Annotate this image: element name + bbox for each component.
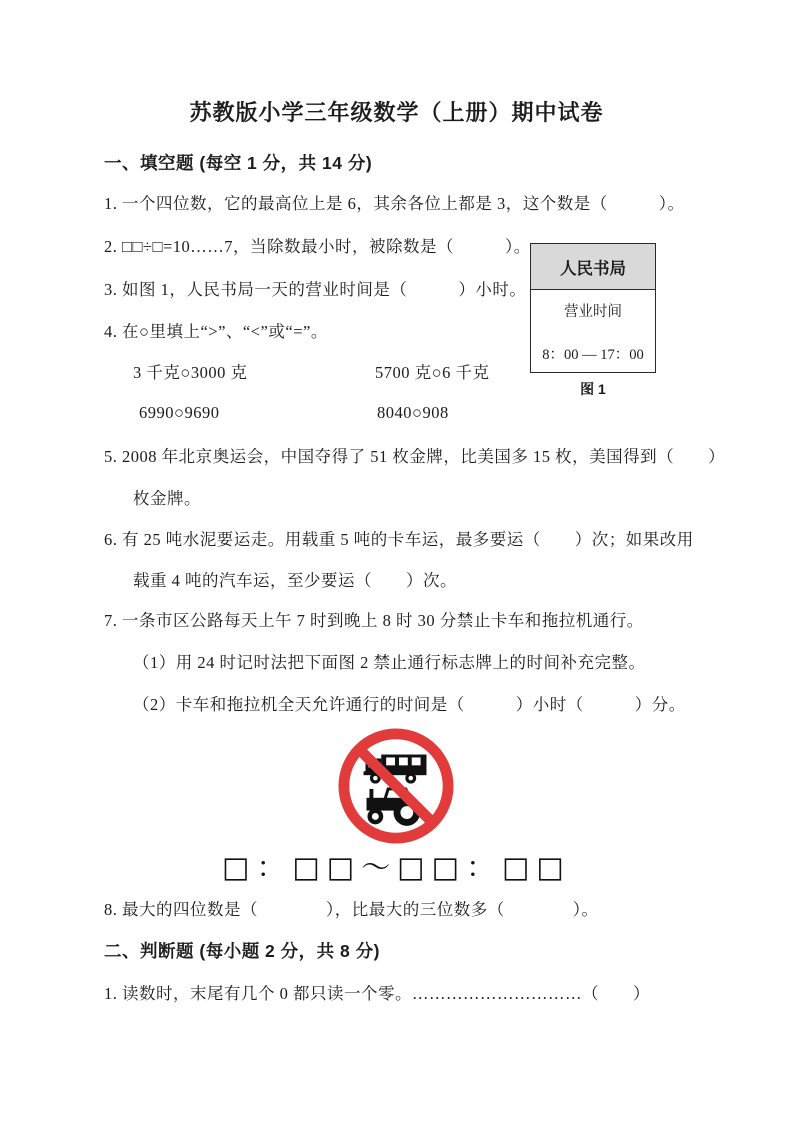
question-1: 1. 一个四位数，它的最高位上是 6，其余各位上都是 3，这个数是（ ）。 <box>104 193 685 214</box>
question-6-line-2: 载重 4 吨的汽车运，至少要运（ ）次。 <box>133 570 457 591</box>
question-8: 8. 最大的四位数是（ ），比最大的三位数多（ ）。 <box>104 899 599 920</box>
comparison-item: 5700 克○6 千克 <box>375 362 489 383</box>
section-1-heading: 一、填空题 (每空 1 分，共 14 分) <box>104 150 372 175</box>
judgment-question-1: 1. 读数时，末尾有几个 0 都只读一个零。…………………………（ ） <box>104 983 650 1004</box>
section-2-heading: 二、判断题 (每小题 2 分，共 8 分) <box>104 938 380 963</box>
question-7-sub-2: （2）卡车和拖拉机全天允许通行的时间是（ ）小时（ ）分。 <box>133 694 686 715</box>
bookstore-hours-box: 人民书局 营业时间 8：00 — 17：00 <box>530 243 656 373</box>
comparison-item: 8040○908 <box>377 402 449 423</box>
business-hours-value: 8：00 — 17：00 <box>542 343 644 364</box>
question-5-line-2: 枚金牌。 <box>133 488 201 509</box>
page-title: 苏教版小学三年级数学（上册）期中试卷 <box>0 96 793 127</box>
question-7: 7. 一条市区公路每天上午 7 时到晚上 8 时 30 分禁止卡车和拖拉机通行。 <box>104 610 644 631</box>
question-5-line-1: 5. 2008 年北京奥运会，中国夺得了 51 枚金牌，比美国多 15 枚，美国… <box>104 446 725 467</box>
business-hours-label: 营业时间 <box>564 300 622 321</box>
no-trucks-tractors-sign <box>337 727 455 845</box>
prohibition-sign-icon <box>337 727 455 845</box>
question-3: 3. 如图 1，人民书局一天的营业时间是（ ）小时。 <box>104 279 526 300</box>
question-6-line-1: 6. 有 25 吨水泥要运走。用载重 5 吨的卡车运，最多要运（ ）次；如果改用 <box>104 529 694 550</box>
figure-1-caption: 图 1 <box>530 379 656 399</box>
comparison-item: 3 千克○3000 克 <box>133 362 247 383</box>
question-2: 2. □□÷□=10……7，当除数最小时，被除数是（ ）。 <box>104 236 531 257</box>
comparison-item: 6990○9690 <box>139 402 219 423</box>
time-blanks-line: □：□□～□□：□□ <box>0 845 793 886</box>
bookstore-name: 人民书局 <box>531 244 655 290</box>
exam-page: 苏教版小学三年级数学（上册）期中试卷 一、填空题 (每空 1 分，共 14 分)… <box>0 0 793 1122</box>
question-4: 4. 在○里填上“>”、“<”或“=”。 <box>104 321 328 342</box>
question-7-sub-1: （1）用 24 时记时法把下面图 2 禁止通行标志牌上的时间补充完整。 <box>133 652 646 673</box>
